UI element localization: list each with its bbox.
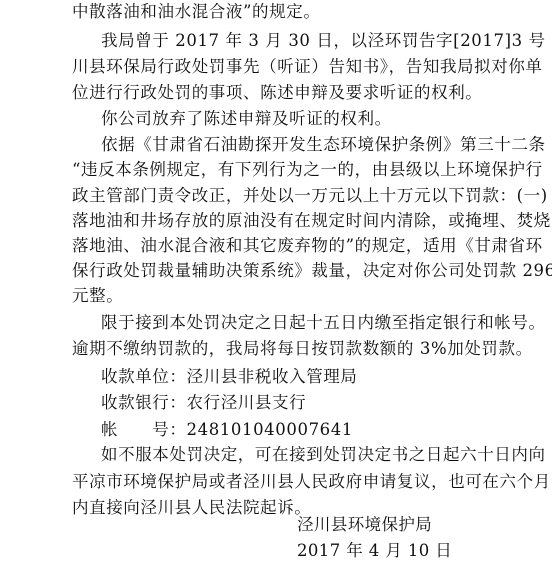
- text-line-11: 保行政处罚裁量辅助决策系统》裁量，决定对你公司处罚款 29672: [72, 261, 486, 281]
- signature-date: 2017 年 4 月 10 日: [297, 541, 452, 561]
- text-line-9: 落地油和井场存放的原油没有在规定时间内清除，或掩埋、焚烧: [72, 211, 486, 231]
- text-line-14: 逾期不缴纳罚款的，我局将每日按罚款数额的 3%加处罚款。: [72, 339, 486, 359]
- signature-issuer: 泾川县环境保护局: [297, 515, 432, 535]
- text-line-3: 川县环保局行政处罚事先（听证）告知书》，告知我局拟对你单: [72, 57, 486, 77]
- text-line-10: 落地油、油水混合液和其它废弃物的”的规定，适用《甘肃省环: [72, 236, 486, 256]
- text-line-1: 中散落油和油水混合液”的规定。: [72, 2, 486, 22]
- document-page: 中散落油和油水混合液”的规定。 我局曾于 2017 年 3 月 30 日，以泾环…: [0, 0, 552, 578]
- text-line-2: 我局曾于 2017 年 3 月 30 日，以泾环罚告字[2017]3 号《泾: [101, 31, 486, 51]
- payee-line: 收款单位：泾川县非税收入管理局: [101, 367, 515, 387]
- text-line-8: 政主管部门责令改正，并处以一万元以上十万元以下罚款：(一): [72, 186, 486, 206]
- text-line-5: 你公司放弃了陈述申辩及听证的权利。: [101, 109, 515, 129]
- text-line-4: 位进行行政处罚的事项、陈述申辩及要求听证的权利。: [72, 83, 486, 103]
- text-line-13: 限于接到本处罚决定之日起十五日内缴至指定银行和帐号。: [101, 313, 486, 333]
- text-line-7: “违反本条例规定，有下列行为之一的，由县级以上环境保护行: [72, 160, 486, 180]
- text-line-12: 元整。: [72, 286, 486, 306]
- bank-line: 收款银行：农行泾川县支行: [101, 393, 515, 413]
- text-line-18: 如不服本处罚决定，可在接到处罚决定书之日起六十日内向: [101, 445, 486, 465]
- text-line-6: 依据《甘肃省石油勘探开发生态环境保护条例》第三十二条: [101, 135, 486, 155]
- account-number-line: 帐 号：248101040007641: [101, 420, 515, 440]
- text-line-19: 平凉市环境保护局或者泾川县人民政府申请复议，也可在六个月: [72, 472, 486, 492]
